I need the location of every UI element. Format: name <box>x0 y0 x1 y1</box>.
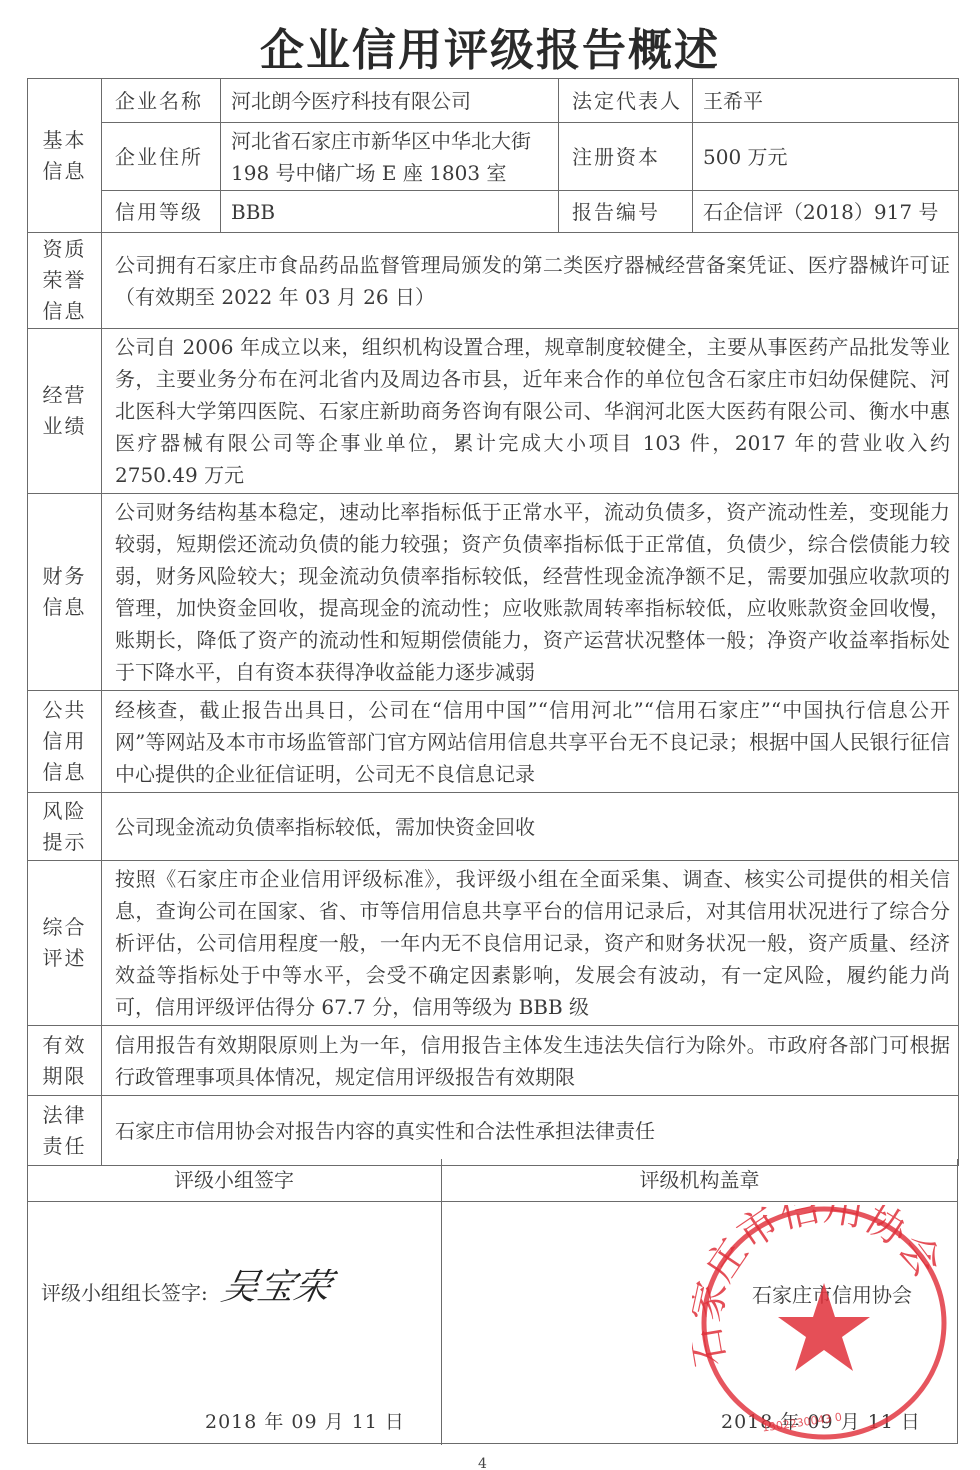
legal-representative: 王希平 <box>693 79 959 123</box>
risk-text: 公司现金流动负债率指标较低，需加快资金回收 <box>102 793 959 861</box>
section-label-basic-info: 基本信息 <box>28 79 102 233</box>
page-title: 企业信用评级报告概述 <box>0 14 980 78</box>
team-leader-signature-label: 评级小组组长签字: <box>41 1277 208 1306</box>
signature-date-left: 2018 年 09 月 11 日 <box>205 1407 405 1434</box>
section-label-summary: 综合评述 <box>28 861 102 1026</box>
company-address: 河北省石家庄市新华区中华北大街 198 号中储广场 E 座 1803 室 <box>221 123 559 191</box>
qualifications-text: 公司拥有石家庄市食品药品监督管理局颁发的第二类医疗器械经营备案凭证、医疗器械许可… <box>102 233 959 329</box>
page-number: 4 <box>478 1456 487 1470</box>
public-credit-text: 经核查，截止报告出具日，公司在“信用中国”“信用河北”“信用石家庄”“中国执行信… <box>102 691 959 793</box>
registered-capital: 500 万元 <box>693 123 959 191</box>
financial-text: 公司财务结构基本稳定，速动比率指标低于正常水平，流动负债多，资产流动性差，变现能… <box>102 494 959 691</box>
summary-text: 按照《石家庄市企业信用评级标准》，我评级小组在全面采集、调查、核实公司提供的相关… <box>102 861 959 1026</box>
seal-serial: 1302230043 0 <box>761 1411 843 1435</box>
field-label: 企业住所 <box>102 123 221 191</box>
section-label-financial: 财务信息 <box>28 494 102 691</box>
legal-text: 石家庄市信用协会对报告内容的真实性和合法性承担法律责任 <box>102 1096 959 1166</box>
rating-agency-seal-header: 评级机构盖章 <box>441 1159 958 1202</box>
section-label-public-credit: 公共信用信息 <box>28 691 102 793</box>
rating-team-signature-header: 评级小组签字 <box>27 1159 441 1202</box>
section-label-performance: 经营业绩 <box>28 329 102 494</box>
company-name: 河北朗今医疗科技有限公司 <box>221 79 559 123</box>
section-label-risk: 风险提示 <box>28 793 102 861</box>
field-label: 企业名称 <box>102 79 221 123</box>
handwritten-signature: 吴宝荣 <box>218 1259 337 1310</box>
field-label: 信用等级 <box>102 191 221 233</box>
section-label-qualifications: 资质荣誉信息 <box>28 233 102 329</box>
validity-text: 信用报告有效期限原则上为一年，信用报告主体发生违法失信行为除外。市政府各部门可根… <box>102 1026 959 1096</box>
section-label-validity: 有效期限 <box>28 1026 102 1096</box>
field-label: 报告编号 <box>559 191 693 233</box>
report-number: 石企信评（2018）917 号 <box>693 191 959 233</box>
section-label-legal: 法律责任 <box>28 1096 102 1166</box>
credit-grade: BBB <box>221 191 559 233</box>
report-table: 基本信息 企业名称 河北朗今医疗科技有限公司 法定代表人 王希平 企业住所 河北… <box>27 78 958 1166</box>
performance-text: 公司自 2006 年成立以来，组织机构设置合理，规章制度较健全，主要从事医药产品… <box>102 329 959 494</box>
field-label: 注册资本 <box>559 123 693 191</box>
field-label: 法定代表人 <box>559 79 693 123</box>
official-seal-icon: 石家庄市信用协会 1302230043 0 <box>692 1205 954 1443</box>
